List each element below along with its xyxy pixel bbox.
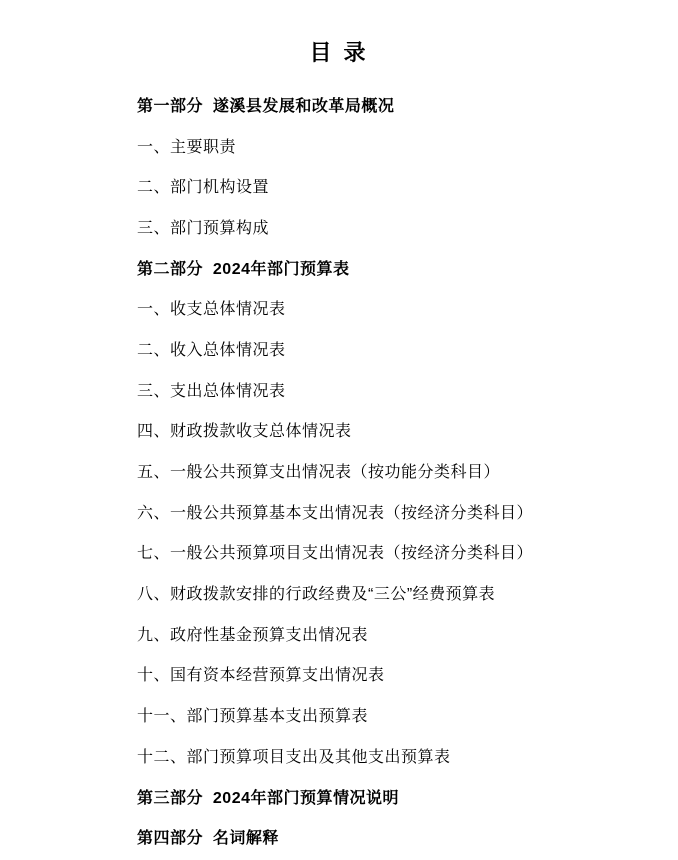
toc-entry: 七、一般公共预算项目支出情况表（按经济分类科目） [137, 532, 648, 573]
toc-section-heading-part1: 第一部分 遂溪县发展和改革局概况 [137, 84, 648, 125]
document-page: 目 录 第一部分 遂溪县发展和改革局概况 一、主要职责 二、部门机构设置 三、部… [0, 0, 678, 860]
toc-entry: 八、财政拨款安排的行政经费及“三公”经费预算表 [137, 572, 648, 613]
toc-entry: 二、部门机构设置 [137, 165, 648, 206]
toc-entry: 九、政府性基金预算支出情况表 [137, 613, 648, 654]
toc-entry: 四、财政拨款收支总体情况表 [137, 410, 648, 451]
toc-entry: 一、收支总体情况表 [137, 287, 648, 328]
toc-entry: 十一、部门预算基本支出预算表 [137, 694, 648, 735]
toc-entry: 六、一般公共预算基本支出情况表（按经济分类科目） [137, 491, 648, 532]
toc-section-heading-part4: 第四部分 名词解释 [137, 816, 648, 857]
toc-entry: 五、一般公共预算支出情况表（按功能分类科目） [137, 450, 648, 491]
toc-section-heading-part3: 第三部分 2024年部门预算情况说明 [137, 776, 648, 817]
toc-entry: 二、收入总体情况表 [137, 328, 648, 369]
toc-section-heading-part2: 第二部分 2024年部门预算表 [137, 247, 648, 288]
toc-entry: 三、支出总体情况表 [137, 369, 648, 410]
page-title: 目 录 [0, 0, 678, 66]
toc-entry: 十、国有资本经营预算支出情况表 [137, 654, 648, 695]
toc-entry: 十二、部门预算项目支出及其他支出预算表 [137, 735, 648, 776]
toc-entry: 一、主要职责 [137, 125, 648, 166]
table-of-contents: 第一部分 遂溪县发展和改革局概况 一、主要职责 二、部门机构设置 三、部门预算构… [137, 84, 648, 857]
toc-entry: 三、部门预算构成 [137, 206, 648, 247]
